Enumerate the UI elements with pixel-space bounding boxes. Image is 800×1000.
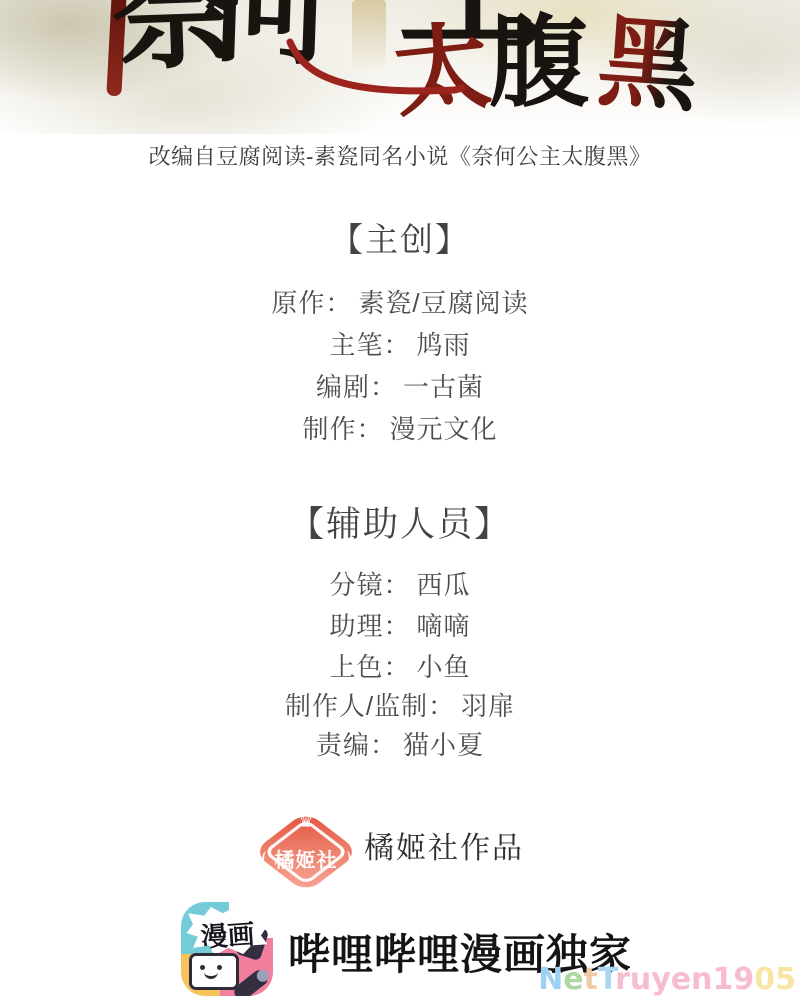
watermark-letter: r	[615, 962, 630, 997]
credit-line-coloring: 上色：小鱼	[0, 647, 800, 684]
credit-line-assistant: 助理：嘀嘀	[0, 606, 800, 643]
watermark-letter: 9	[733, 962, 754, 997]
publisher-label: 橘姬社作品	[364, 823, 524, 867]
bilibili-manga-icon: 漫画	[181, 902, 273, 996]
adaptation-subtitle: 改编自豆腐阅读-素瓷同名小说《奈何公主太腹黑》	[0, 140, 800, 171]
credit-role: 编剧：	[316, 372, 397, 402]
credit-role: 责编：	[316, 730, 397, 760]
credit-name: 嘀嘀	[417, 611, 471, 641]
watermark-letter: 1	[713, 962, 734, 997]
credit-name: 素瓷/豆腐阅读	[358, 288, 528, 318]
watermark-letter: e	[671, 962, 691, 997]
comic-credits-page: 奈 何 主 太 腹 黑 改编自豆腐阅读-素瓷同名小说《奈何公主太腹黑》 【主创】…	[0, 0, 800, 1000]
watermark-letter: n	[691, 962, 712, 997]
watermark-letter: N	[538, 962, 563, 997]
watermark: NetTruyen1905	[538, 962, 796, 997]
credit-role: 原作：	[271, 288, 352, 318]
watermark-letter: u	[630, 962, 651, 997]
watermark-letter: t	[584, 962, 598, 997]
credit-role: 主笔：	[329, 330, 410, 360]
brush-swoosh-underline	[0, 0, 800, 134]
watermark-letter: T	[598, 962, 615, 997]
section-header-main-creators: 【主创】	[0, 214, 800, 261]
credit-name: 小鱼	[417, 652, 471, 682]
watermark-letter: 5	[775, 962, 796, 997]
credit-role: 助理：	[329, 611, 410, 641]
watermark-letter: e	[563, 962, 583, 997]
credit-name: 鸠雨	[417, 330, 471, 360]
credit-line-editor: 责编：猫小夏	[0, 725, 800, 762]
credit-line-lead-artist: 主笔：鸠雨	[0, 325, 800, 362]
bilibili-tv-icon	[189, 953, 239, 990]
credit-line-producer-supervisor: 制作人/监制：羽扉	[0, 686, 800, 723]
crown-icon: ♛	[251, 815, 361, 831]
credit-line-production: 制作：漫元文化	[0, 409, 800, 446]
watermark-letter: 0	[754, 962, 775, 997]
credit-line-screenwriter: 编剧：一古菌	[0, 367, 800, 404]
credit-name: 漫元文化	[390, 414, 498, 444]
credit-name: 猫小夏	[403, 730, 484, 760]
credit-role: 制作人/监制：	[285, 691, 455, 721]
badge-text: 橘姬社	[251, 844, 361, 873]
series-title-banner: 奈 何 主 太 腹 黑	[0, 0, 800, 134]
credit-line-storyboard: 分镜：西瓜	[0, 565, 800, 602]
watermark-letter: y	[651, 962, 671, 997]
juji-she-badge: ♛ 橘姬社	[251, 810, 361, 894]
credit-line-original-work: 原作：素瓷/豆腐阅读	[0, 283, 800, 320]
credit-name: 一古菌	[403, 372, 484, 402]
credit-role: 分镜：	[329, 570, 410, 600]
credit-name: 羽扉	[461, 691, 515, 721]
credit-name: 西瓜	[417, 570, 471, 600]
credit-role: 上色：	[329, 652, 410, 682]
credit-role: 制作：	[302, 414, 383, 444]
section-header-support-staff: 【辅助人员】	[0, 497, 800, 547]
